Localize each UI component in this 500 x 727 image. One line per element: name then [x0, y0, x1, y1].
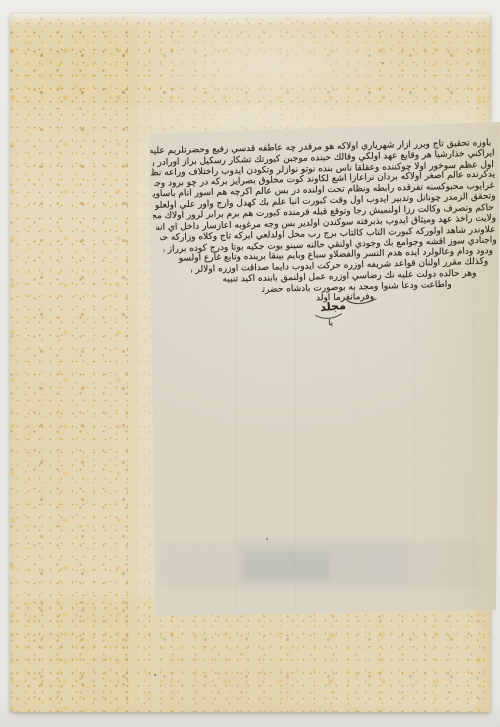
foxing-spot [154, 674, 156, 676]
album-top-clean-patch [145, 30, 405, 110]
ink-speck [266, 538, 268, 540]
text-block: باوزه تحقيق تاج وبرر ازار شهرياري اولاكه… [149, 132, 499, 352]
foxing-spot [382, 62, 384, 64]
album-top-edge [10, 14, 490, 26]
signature-mark: يا [322, 318, 338, 328]
album-page: باوزه تحقيق تاج وبرر ازار شهرياري اولاكه… [10, 14, 490, 712]
album-left-border-speckle [10, 14, 138, 712]
manuscript-document: باوزه تحقيق تاج وبرر ازار شهرياري اولاكه… [147, 122, 500, 624]
album-bottom-border-speckle [10, 598, 490, 712]
photo-backdrop: باوزه تحقيق تاج وبرر ازار شهرياري اولاكه… [0, 0, 500, 727]
show-through-seal-ghost [245, 552, 329, 580]
